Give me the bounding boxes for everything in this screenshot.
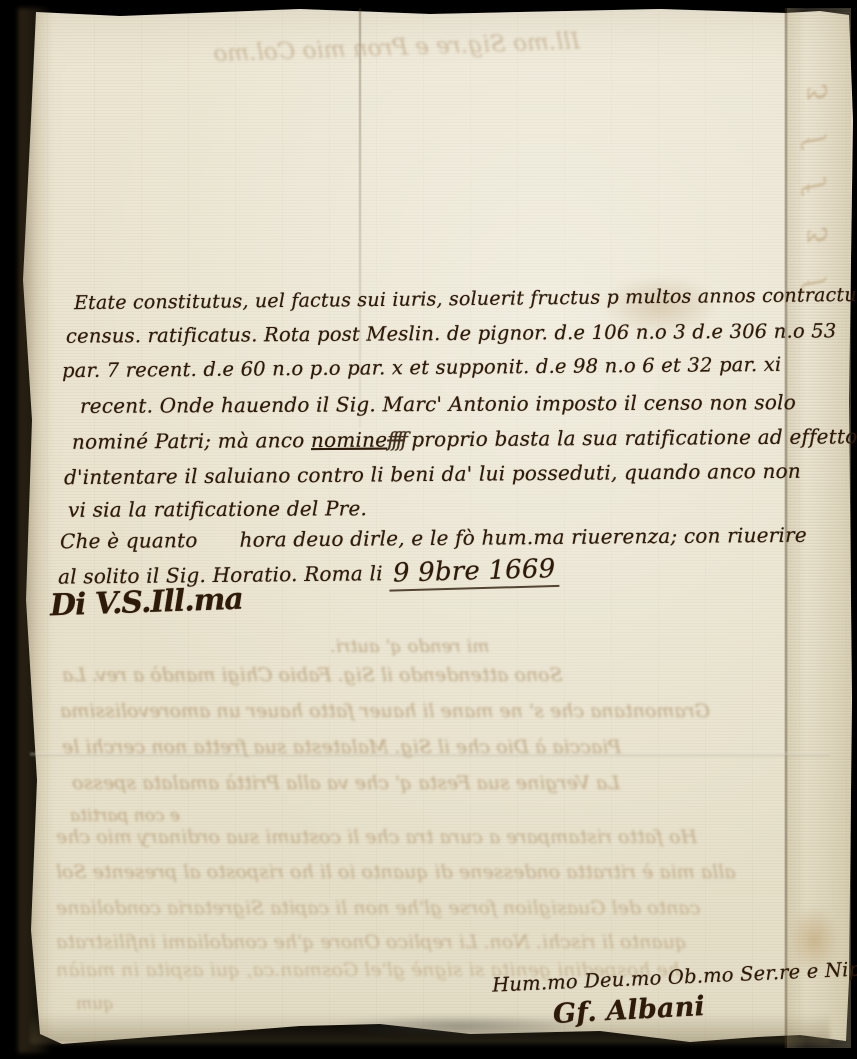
scanned-letter-page: Ill.mo Sig.re e Pron mio Col.mo mi rendo… [0, 0, 857, 1059]
bleedthrough-line: quanto li rischi. Non. Li replico Onore … [56, 931, 687, 953]
bleedthrough-line: canto del Guasiglion forse gl'he non li … [56, 897, 700, 919]
letter-line-4: recent. Onde hauendo il Sig. Marc' Anton… [80, 390, 796, 418]
gray-smudge [330, 1015, 590, 1037]
bleedthrough-line: Ho fatto ristampare a cura tra che li co… [56, 826, 697, 848]
letter-line-5-post: proprio basta la sua ratificatione ad ef… [405, 424, 857, 451]
bleedthrough-line: Piaccia à Dio che il Sig. Malatesta sua … [62, 736, 621, 758]
torn-left-edge [18, 8, 52, 1053]
bleedthrough-line: e con partita [70, 806, 180, 826]
bleedthrough-line: Sono attendendo il Sig. Fabio Chigi mand… [62, 664, 563, 686]
bleedthrough-line: alla mia è ritratta ondessene di quanto … [56, 861, 736, 883]
letter-line-8-post: hora deuo dirle, e le fò hum.ma riuerenz… [239, 523, 807, 552]
bleedthrough-line: qum [76, 994, 114, 1014]
date-value: 9 9bre 1669 [389, 554, 560, 592]
bleedthrough-line: La Vergine sua Festa q' che va alla Prit… [72, 772, 620, 794]
letter-line-8-pre: Che è quanto [60, 528, 198, 553]
bleedthrough-line: Gramontana che s' ne mane li hauer fatto… [60, 700, 710, 722]
valediction-flourish: Di V.S.Ill.ma [49, 582, 243, 624]
underlined-word-nomine: nomine [311, 428, 387, 453]
crossed-out-word: ffff [387, 427, 405, 451]
letter-line-5-pre: nominé Patri; mà anco [72, 428, 311, 454]
bleedthrough-line: mi rendo q' autri. [330, 636, 489, 657]
letter-line-7: vi sia la ratificatione del Pre. [68, 496, 367, 522]
